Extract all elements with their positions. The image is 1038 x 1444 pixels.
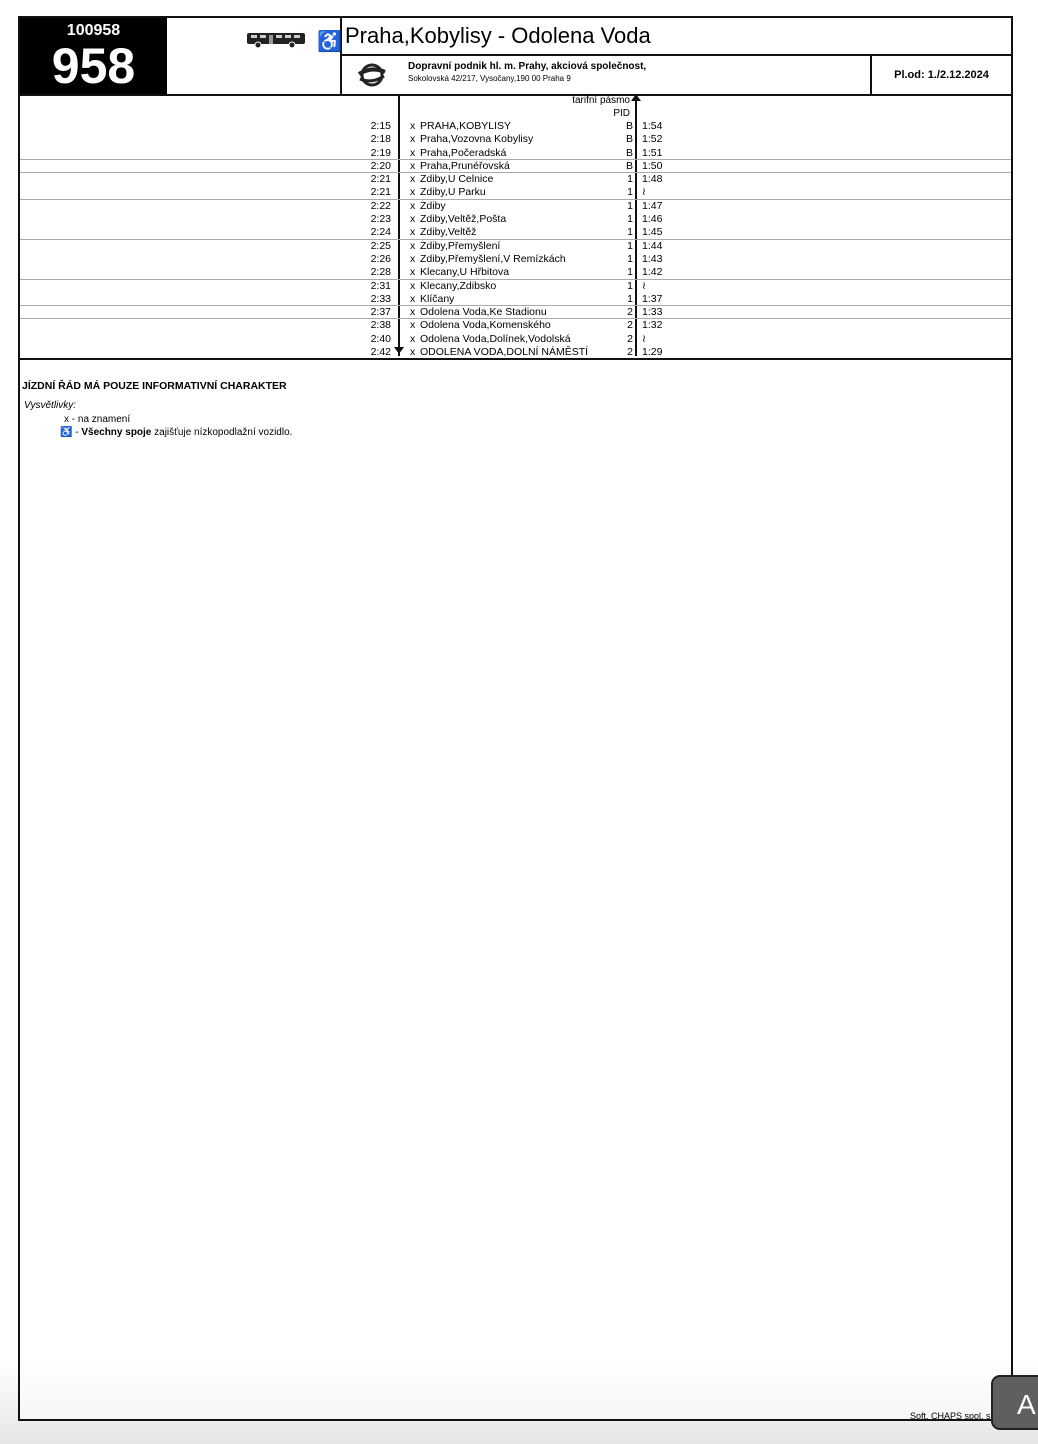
wheelchair-icon: ♿ - bbox=[60, 427, 79, 438]
departure-time: 2:38 bbox=[351, 319, 391, 332]
return-time: 1:33 bbox=[642, 306, 662, 319]
stop-rows: 2:15xPRAHA,KOBYLISYB1:542:18xPraha,Vozov… bbox=[20, 120, 1011, 359]
request-stop-flag: x bbox=[410, 280, 415, 293]
tariff-zone: 1 bbox=[620, 293, 633, 306]
timetable-table: tarifní pásmo PID 2:15xPRAHA,KOBYLISYB1:… bbox=[20, 94, 1011, 360]
wheelchair-icon: ♿ bbox=[317, 31, 342, 53]
line-block: 100958 958 bbox=[20, 18, 167, 94]
departure-time: 2:15 bbox=[351, 120, 391, 133]
zone-header-pid: PID bbox=[572, 107, 630, 120]
request-stop-flag: x bbox=[410, 160, 415, 173]
return-time: 1:37 bbox=[642, 293, 662, 306]
legend-x-text: na znamení bbox=[78, 414, 130, 425]
departure-time: 2:21 bbox=[351, 173, 391, 186]
request-stop-flag: x bbox=[410, 319, 415, 332]
departure-time: 2:20 bbox=[351, 160, 391, 173]
return-time: 1:45 bbox=[642, 226, 662, 239]
return-time: 1:51 bbox=[642, 147, 662, 160]
informative-notice: JÍZDNÍ ŘÁD MÁ POUZE INFORMATIVNÍ CHARAKT… bbox=[22, 380, 287, 392]
stop-name: Klecany,Zdibsko bbox=[420, 280, 496, 293]
stop-name: Praha,Počeradská bbox=[420, 147, 506, 160]
return-time: ≀ bbox=[642, 186, 646, 199]
return-time: 1:43 bbox=[642, 253, 662, 266]
return-time: ≀ bbox=[642, 280, 646, 293]
request-stop-flag: x bbox=[410, 147, 415, 160]
table-row: 2:33xKlíčany11:37 bbox=[20, 293, 1011, 306]
request-stop-flag: x bbox=[410, 306, 415, 319]
stop-name: Odolena Voda,Dolínek,Vodolská bbox=[420, 333, 571, 346]
return-time: 1:50 bbox=[642, 160, 662, 173]
table-row: 2:21xZdiby,U Celnice11:48 bbox=[20, 173, 1011, 186]
departure-time: 2:37 bbox=[351, 306, 391, 319]
legend-wc-text: zajišťuje nízkopodlažní vozidlo. bbox=[151, 427, 292, 438]
legend-x-symbol: x - bbox=[64, 414, 75, 425]
request-stop-flag: x bbox=[410, 293, 415, 306]
stop-name: Klíčany bbox=[420, 293, 454, 306]
stop-name: PRAHA,KOBYLISY bbox=[420, 120, 511, 133]
request-stop-flag: x bbox=[410, 333, 415, 346]
tariff-zone: 1 bbox=[620, 200, 633, 213]
request-stop-flag: x bbox=[410, 226, 415, 239]
departure-time: 2:31 bbox=[351, 280, 391, 293]
return-time: 1:42 bbox=[642, 266, 662, 279]
tariff-zone: 1 bbox=[620, 266, 633, 279]
zone-header-label: tarifní pásmo bbox=[572, 94, 630, 107]
request-stop-flag: x bbox=[410, 173, 415, 186]
stop-name: ODOLENA VODA,DOLNÍ NÁMĚSTÍ bbox=[420, 346, 588, 359]
legend-low-floor: ♿ - Všechny spoje zajišťuje nízkopodlažn… bbox=[60, 427, 292, 438]
bus-icon bbox=[246, 31, 306, 49]
stop-name: Odolena Voda,Komenského bbox=[420, 319, 551, 332]
departure-time: 2:19 bbox=[351, 147, 391, 160]
stop-name: Praha,Vozovna Kobylisy bbox=[420, 133, 533, 146]
departure-time: 2:33 bbox=[351, 293, 391, 306]
stop-name: Zdiby,Veltěž,Pošta bbox=[420, 213, 506, 226]
departure-time: 2:40 bbox=[351, 333, 391, 346]
pid-logo-icon bbox=[357, 62, 387, 88]
request-stop-flag: x bbox=[410, 186, 415, 199]
table-row: 2:22xZdiby11:47 bbox=[20, 200, 1011, 213]
arrow-up-icon bbox=[631, 94, 641, 101]
departure-time: 2:24 bbox=[351, 226, 391, 239]
route-title: Praha,Kobylisy - Odolena Voda bbox=[342, 18, 1011, 56]
valid-from: Pl.od: 1./2.12.2024 bbox=[872, 56, 1011, 94]
zone-header: tarifní pásmo PID bbox=[572, 94, 630, 120]
request-stop-flag: x bbox=[410, 133, 415, 146]
tariff-zone: 1 bbox=[620, 253, 633, 266]
table-row: 2:37xOdolena Voda,Ke Stadionu21:33 bbox=[20, 306, 1011, 319]
table-row: 2:20xPraha,PrunéřovskáB1:50 bbox=[20, 160, 1011, 173]
return-time: 1:52 bbox=[642, 133, 662, 146]
tariff-zone: B bbox=[620, 147, 633, 160]
tariff-zone: 2 bbox=[620, 346, 633, 359]
tariff-zone: 1 bbox=[620, 173, 633, 186]
stop-name: Klecany,U Hřbitova bbox=[420, 266, 509, 279]
table-row: 2:25xZdiby,Přemyšlení11:44 bbox=[20, 240, 1011, 253]
operator-cell: Dopravní podnik hl. m. Prahy, akciová sp… bbox=[342, 56, 872, 94]
tariff-zone: 2 bbox=[620, 333, 633, 346]
legend-request-stop: x - na znamení bbox=[64, 414, 130, 425]
stop-name: Zdiby,Veltěž bbox=[420, 226, 476, 239]
table-row: 2:28xKlecany,U Hřbitova11:42 bbox=[20, 266, 1011, 279]
request-stop-flag: x bbox=[410, 266, 415, 279]
departure-time: 2:22 bbox=[351, 200, 391, 213]
tariff-zone: B bbox=[620, 133, 633, 146]
return-time: 1:44 bbox=[642, 240, 662, 253]
tariff-zone: 1 bbox=[620, 240, 633, 253]
tariff-zone: 2 bbox=[620, 319, 633, 332]
request-stop-flag: x bbox=[410, 213, 415, 226]
timetable-header: 100958 958 ♿ Praha,Kobylisy - Odolena Vo… bbox=[20, 18, 1011, 96]
operator-address: Sokolovská 42/217, Vysočany,190 00 Praha… bbox=[408, 74, 571, 83]
request-stop-flag: x bbox=[410, 120, 415, 133]
request-stop-flag: x bbox=[410, 253, 415, 266]
tariff-zone: 1 bbox=[620, 213, 633, 226]
return-time: 1:48 bbox=[642, 173, 662, 186]
table-row: 2:40xOdolena Voda,Dolínek,Vodolská2≀ bbox=[20, 333, 1011, 346]
request-stop-flag: x bbox=[410, 346, 415, 359]
departure-time: 2:18 bbox=[351, 133, 391, 146]
line-number: 958 bbox=[20, 40, 167, 92]
tariff-zone: 1 bbox=[620, 226, 633, 239]
departure-time: 2:28 bbox=[351, 266, 391, 279]
floating-a-button[interactable]: A bbox=[991, 1375, 1038, 1430]
departure-time: 2:23 bbox=[351, 213, 391, 226]
departure-time: 2:26 bbox=[351, 253, 391, 266]
table-row: 2:19xPraha,PočeradskáB1:51 bbox=[20, 147, 1011, 160]
table-row: 2:38xOdolena Voda,Komenského21:32 bbox=[20, 319, 1011, 332]
operator-name: Dopravní podnik hl. m. Prahy, akciová sp… bbox=[408, 61, 646, 72]
stop-name: Zdiby,U Celnice bbox=[420, 173, 493, 186]
stop-name: Zdiby,U Parku bbox=[420, 186, 486, 199]
stop-name: Praha,Prunéřovská bbox=[420, 160, 510, 173]
tariff-zone: 1 bbox=[620, 186, 633, 199]
return-time: 1:32 bbox=[642, 319, 662, 332]
tariff-zone: 1 bbox=[620, 280, 633, 293]
departure-time: 2:42 bbox=[351, 346, 391, 359]
tariff-zone: B bbox=[620, 160, 633, 173]
tariff-zone: 2 bbox=[620, 306, 633, 319]
table-row: 2:21xZdiby,U Parku1≀ bbox=[20, 186, 1011, 199]
legend-wc-bold: Všechny spoje bbox=[81, 427, 151, 438]
return-time: 1:46 bbox=[642, 213, 662, 226]
vehicle-icons-cell: ♿ bbox=[167, 18, 342, 94]
legend-title: Vysvětlivky: bbox=[24, 400, 76, 411]
stop-name: Odolena Voda,Ke Stadionu bbox=[420, 306, 547, 319]
software-credit: Soft. CHAPS spol. s r.o. bbox=[910, 1411, 996, 1421]
stop-name: Zdiby,Přemyšlení,V Remízkách bbox=[420, 253, 566, 266]
table-row: 2:23xZdiby,Veltěž,Pošta11:46 bbox=[20, 213, 1011, 226]
return-time: ≀ bbox=[642, 333, 646, 346]
return-time: 1:29 bbox=[642, 346, 662, 359]
table-row: 2:26xZdiby,Přemyšlení,V Remízkách11:43 bbox=[20, 253, 1011, 266]
table-row: 2:15xPRAHA,KOBYLISYB1:54 bbox=[20, 120, 1011, 133]
timetable-sheet: 100958 958 ♿ Praha,Kobylisy - Odolena Vo… bbox=[18, 16, 1013, 1421]
return-time: 1:47 bbox=[642, 200, 662, 213]
request-stop-flag: x bbox=[410, 240, 415, 253]
return-time: 1:54 bbox=[642, 120, 662, 133]
stop-name: Zdiby bbox=[420, 200, 446, 213]
tariff-zone: B bbox=[620, 120, 633, 133]
table-row: 2:24xZdiby,Veltěž11:45 bbox=[20, 226, 1011, 239]
stop-name: Zdiby,Přemyšlení bbox=[420, 240, 500, 253]
departure-time: 2:25 bbox=[351, 240, 391, 253]
table-row: 2:31xKlecany,Zdibsko1≀ bbox=[20, 280, 1011, 293]
table-row: 2:18xPraha,Vozovna KobylisyB1:52 bbox=[20, 133, 1011, 146]
departure-time: 2:21 bbox=[351, 186, 391, 199]
table-row: 2:42xODOLENA VODA,DOLNÍ NÁMĚSTÍ21:29 bbox=[20, 346, 1011, 359]
request-stop-flag: x bbox=[410, 200, 415, 213]
